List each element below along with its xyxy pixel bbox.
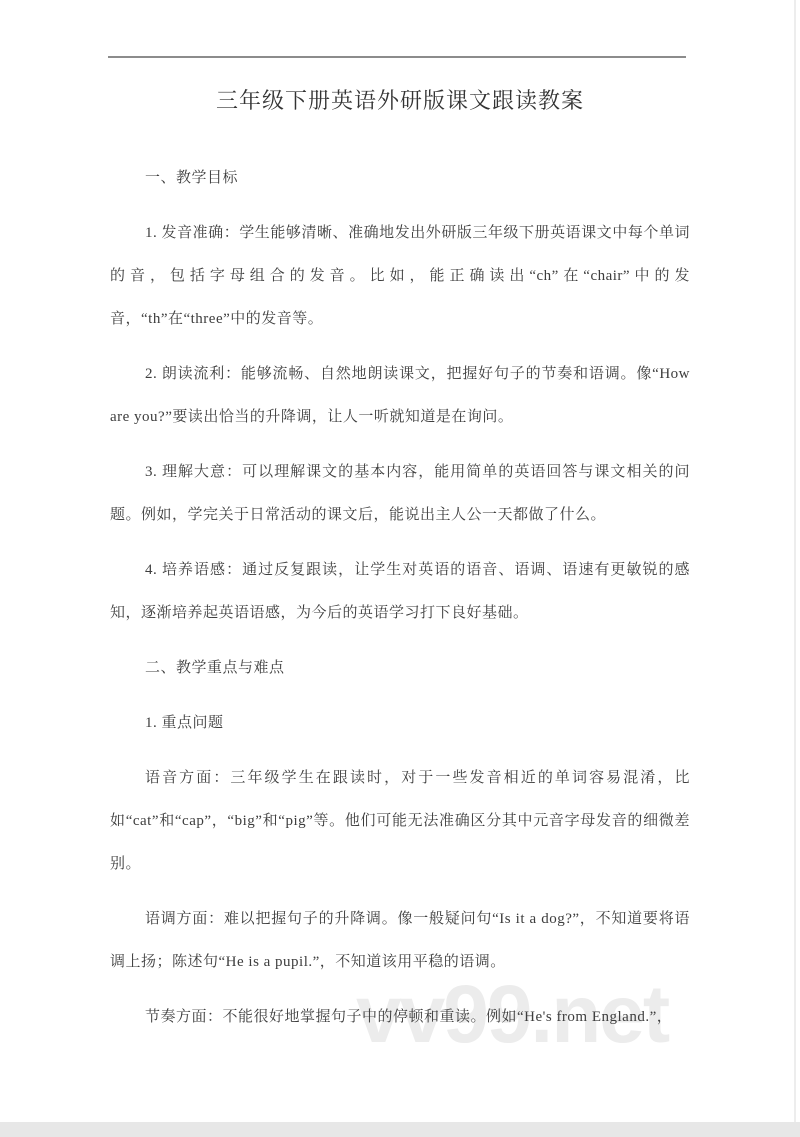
paragraph-rhythm: 节奏方面：不能很好地掌握句子中的停顿和重读。例如“He's from Engla…	[110, 996, 690, 1039]
document-page: vv99.net 三年级下册英语外研版课文跟读教案 一、教学目标 1. 发音准确…	[0, 0, 800, 1137]
paragraph-objective-1: 1. 发音准确：学生能够清晰、准确地发出外研版三年级下册英语课文中每个单词的音，…	[110, 212, 690, 341]
paragraph-objective-4: 4. 培养语感：通过反复跟读，让学生对英语的语音、语调、语速有更敏锐的感知，逐渐…	[110, 549, 690, 635]
paragraph-objective-3: 3. 理解大意：可以理解课文的基本内容，能用简单的英语回答与课文相关的问题。例如…	[110, 451, 690, 537]
page-bottom-strip	[0, 1122, 800, 1137]
section-heading-teaching-objectives: 一、教学目标	[110, 157, 690, 200]
page-right-edge	[794, 0, 796, 1122]
paragraph-objective-2: 2. 朗读流利：能够流畅、自然地朗读课文，把握好句子的节奏和语调。像“How a…	[110, 353, 690, 439]
subsection-heading-key-problems: 1. 重点问题	[110, 702, 690, 745]
document-content: 三年级下册英语外研版课文跟读教案 一、教学目标 1. 发音准确：学生能够清晰、准…	[110, 0, 690, 1051]
paragraph-intonation: 语调方面：难以把握句子的升降调。像一般疑问句“Is it a dog?”，不知道…	[110, 898, 690, 984]
paragraph-pronunciation: 语音方面：三年级学生在跟读时，对于一些发音相近的单词容易混淆，比如“cat”和“…	[110, 757, 690, 886]
section-heading-key-points: 二、教学重点与难点	[110, 647, 690, 690]
document-title: 三年级下册英语外研版课文跟读教案	[110, 84, 690, 115]
